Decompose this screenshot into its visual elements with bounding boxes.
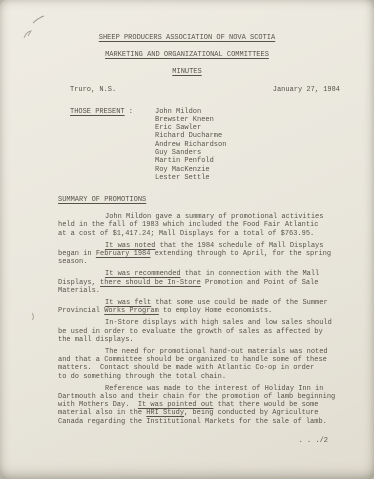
attendee-name: John Mildon [155,108,226,116]
attendance-section: THOSE PRESENT : John MildonBrewster Knee… [58,108,374,183]
minutes-paragraph: In-Store displays with high sales and lo… [58,319,340,344]
attendee-name: Andrew Richardson [155,141,226,149]
minutes-paragraph: It was noted that the 1984 schedule of M… [58,242,340,267]
section-heading: SUMMARY OF PROMOTIONS [58,196,374,205]
attendee-name: Lester Settle [155,174,226,182]
minutes-paragraph: It was recommended that in connection wi… [58,270,340,295]
underlined-phrase: Works Program [104,307,159,315]
minutes-paragraph: Reference was made to the interest of Ho… [58,385,340,426]
paragraph-list: John Mildon gave a summary of promotiona… [58,213,374,426]
org-title: SHEEP PRODUCERS ASSOCIATION OF NOVA SCOT… [58,30,316,47]
those-present-label: THOSE PRESENT : [70,108,155,183]
minutes-paragraph: John Mildon gave a summary of promotiona… [58,213,340,238]
meta-row: Truro, N.S. January 27, 1984 [58,86,340,95]
underlined-phrase: It was noted [105,242,155,250]
scanned-minutes-page: SHEEP PRODUCERS ASSOCIATION OF NOVA SCOT… [0,0,374,479]
text-run: John Mildon gave a summary of promotiona… [58,213,323,237]
attendee-name: Eric Sawler [155,124,226,132]
pencil-tick-icon [29,311,37,322]
attendee-name: Brewster Kneen [155,116,226,124]
minutes-paragraph: It was felt that some use could be made … [58,299,340,315]
underlined-phrase: It was felt [105,299,151,307]
attendee-name: Roy MacKenzie [155,166,226,174]
page-continuation-footer: . . ./2 [58,437,328,446]
attendee-name: Richard Ducharme [155,132,226,140]
attendee-name: Martin Penfold [155,157,226,165]
meeting-date: January 27, 1984 [273,86,340,95]
underlined-phrase: February 1984 [96,250,151,258]
doc-type-title: MINUTES [58,64,316,81]
minutes-paragraph: The need for promotional hand-out materi… [58,348,340,381]
attendee-name: Guy Sanders [155,149,226,157]
document-header: SHEEP PRODUCERS ASSOCIATION OF NOVA SCOT… [58,30,316,81]
underlined-phrase: HRI Study [146,409,184,417]
meeting-location: Truro, N.S. [70,86,116,95]
underlined-phrase: there should be In-Store [100,279,201,287]
text-run: The need for promotional hand-out materi… [58,348,328,381]
attendee-list: John MildonBrewster KneenEric SawlerRich… [155,108,226,183]
pen-scribble-icon [18,10,54,44]
those-present-colon: : [125,108,133,116]
committee-title: MARKETING AND ORGANIZATIONAL COMMITTEES [58,47,316,64]
those-present-text: THOSE PRESENT [70,108,125,116]
text-run: to employ Home economists. [159,307,272,315]
text-run: In-Store displays with high sales and lo… [58,319,332,343]
underlined-phrase: It was pointed out [138,401,214,409]
underlined-phrase: It was recommended [105,270,181,278]
